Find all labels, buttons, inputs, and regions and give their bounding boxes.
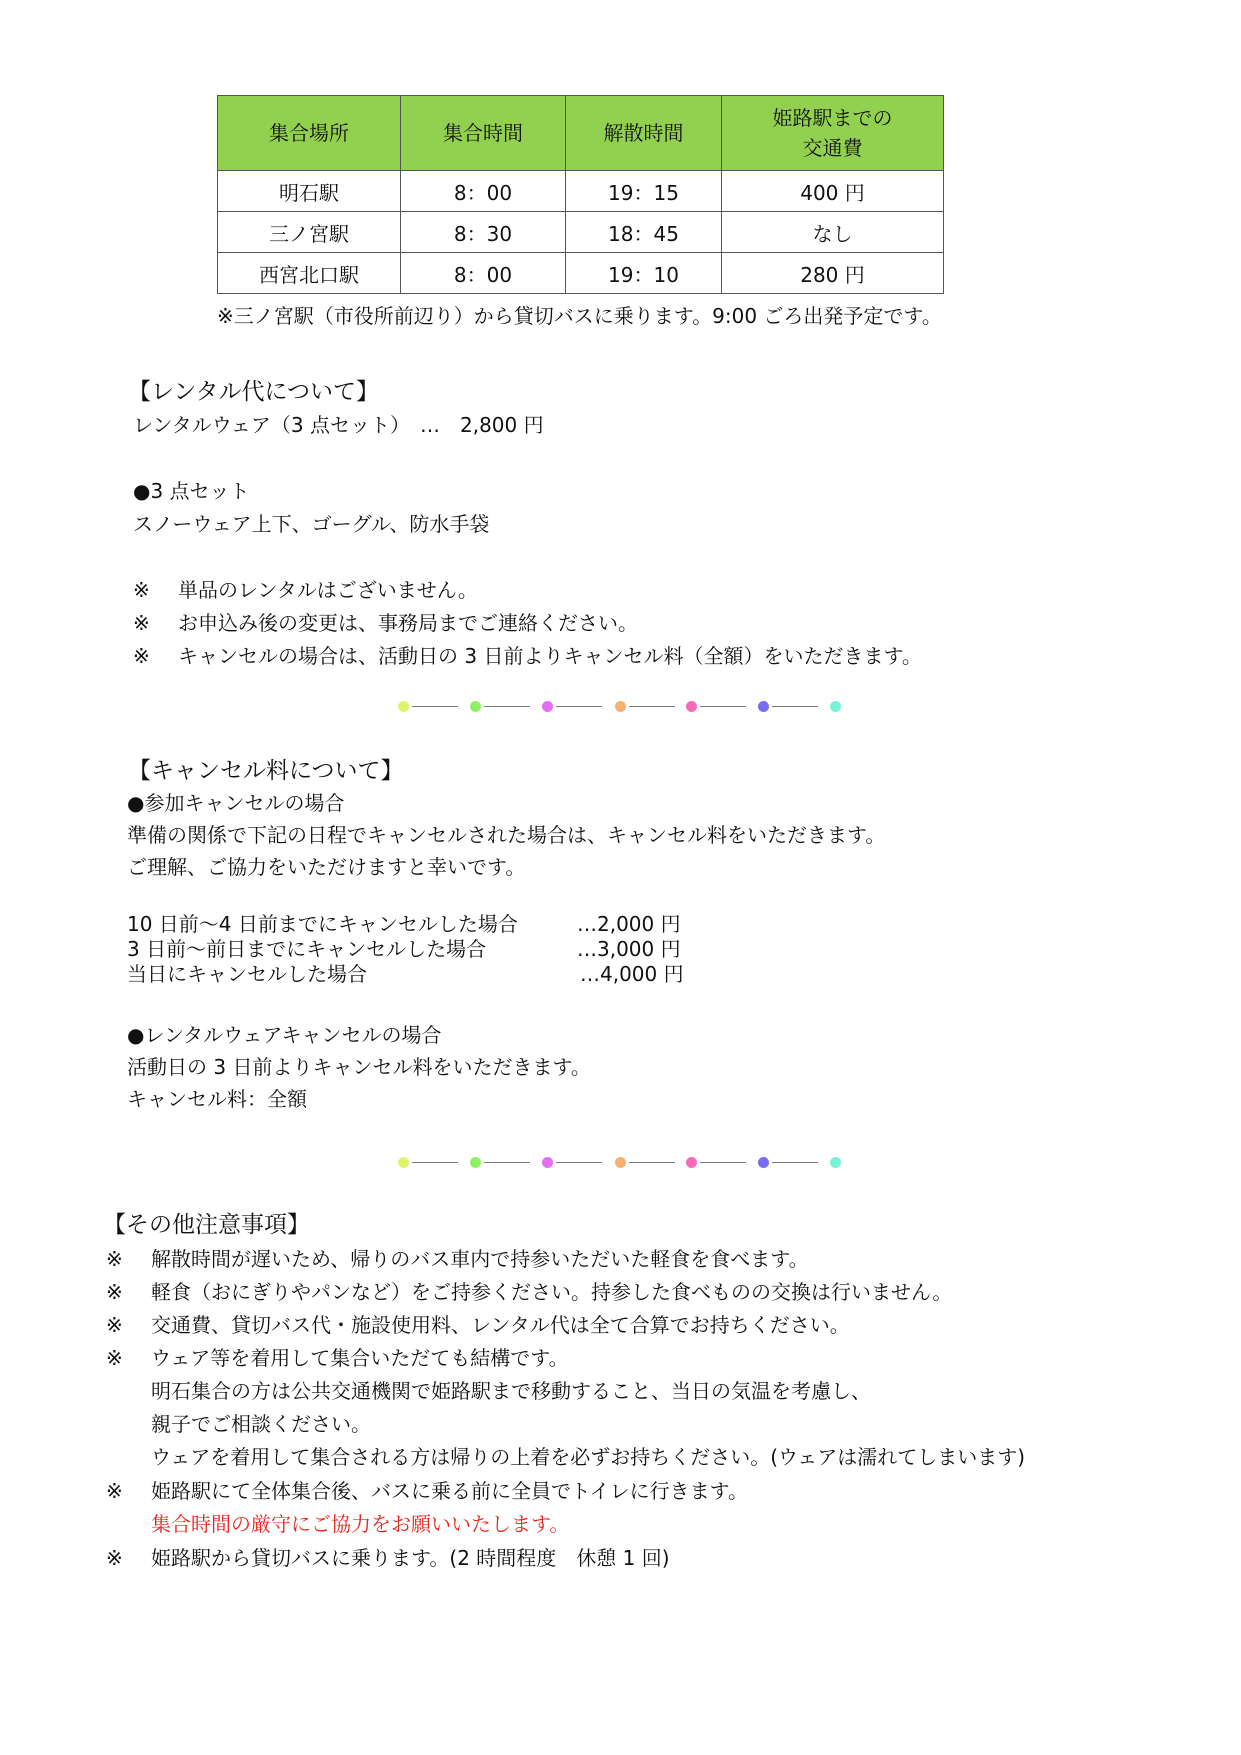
- cell-dismiss-time: 19：15: [566, 171, 722, 212]
- cell-place: 明石駅: [218, 171, 401, 212]
- schedule-table: 集合場所 集合時間 解散時間 姫路駅までの 交通費 明石駅 8：00 19：15…: [217, 95, 944, 294]
- divider-line: [629, 706, 675, 707]
- dotted-divider: [398, 1155, 838, 1169]
- header-dismissal-time: 解散時間: [566, 96, 722, 171]
- rental-price-line: レンタルウェア（3 点セット） … 2,800 円: [133, 413, 544, 437]
- divider-dot: [615, 1157, 626, 1168]
- divider-dot: [470, 1157, 481, 1168]
- cancel-fee-label: 当日にキャンセルした場合: [127, 962, 367, 986]
- note-mark: ※: [106, 1247, 151, 1271]
- cancel-heading: 【キャンセル料について】: [128, 757, 404, 785]
- cell-meet-time: 8：30: [401, 212, 566, 253]
- divider-dot: [830, 701, 841, 712]
- divider-line: [412, 1162, 458, 1163]
- rental-set-title: ●3 点セット: [133, 479, 250, 503]
- note-mark: ※: [106, 1280, 151, 1304]
- bus-note: ※姫路駅から貸切バスに乗ります。(2 時間程度 休憩 1 回): [106, 1546, 670, 1570]
- header-fare-line-1: 姫路駅までの: [722, 103, 943, 133]
- note-mark: ※: [106, 1479, 151, 1503]
- note-text: お申込み後の変更は、事務局までご連絡ください。: [178, 611, 638, 635]
- rental-note: ※お申込み後の変更は、事務局までご連絡ください。: [133, 611, 638, 635]
- divider-dot: [615, 701, 626, 712]
- header-fare-line-2: 交通費: [722, 133, 943, 163]
- cell-fare: 400 円: [722, 171, 944, 212]
- note-text: ウェア等を着用して集合いただても結構です。: [151, 1346, 569, 1370]
- divider-dot: [398, 701, 409, 712]
- rental-cancel-text: 活動日の 3 日前よりキャンセル料をいただきます。: [127, 1055, 591, 1079]
- divider-line: [484, 706, 530, 707]
- divider-dot: [830, 1157, 841, 1168]
- note-text: 姫路駅にて全体集合後、バスに乗る前に全員でトイレに行きます。: [151, 1479, 748, 1503]
- divider-dot: [686, 701, 697, 712]
- other-note-continuation: 明石集合の方は公共交通機関で姫路駅まで移動すること、当日の気温を考慮し、: [151, 1379, 871, 1403]
- divider-line: [700, 1162, 746, 1163]
- cell-place: 三ノ宮駅: [218, 212, 401, 253]
- table-row: 明石駅 8：00 19：15 400 円: [218, 171, 944, 212]
- rental-set-items: スノーウェア上下、ゴーグル、防水手袋: [133, 512, 489, 536]
- punctuality-notice: 集合時間の厳守にご協力をお願いいたします。: [151, 1512, 569, 1536]
- other-note: ※ウェア等を着用して集合いただても結構です。: [106, 1346, 569, 1370]
- toilet-note: ※姫路駅にて全体集合後、バスに乗る前に全員でトイレに行きます。: [106, 1479, 748, 1503]
- cancel-fee-label: 3 日前〜前日までにキャンセルした場合: [127, 937, 486, 961]
- cell-fare: なし: [722, 212, 944, 253]
- note-text: 単品のレンタルはございません。: [178, 578, 478, 602]
- note-text: 交通費、貸切バス代・施設使用料、レンタル代は全て合算でお持ちください。: [151, 1313, 850, 1337]
- divider-dot: [758, 1157, 769, 1168]
- table-header-row: 集合場所 集合時間 解散時間 姫路駅までの 交通費: [218, 96, 944, 171]
- cancel-fee-amount: …4,000 円: [580, 962, 684, 986]
- cell-meet-time: 8：00: [401, 253, 566, 294]
- note-mark: ※: [106, 1546, 151, 1570]
- divider-line: [556, 706, 602, 707]
- note-mark: ※: [133, 578, 178, 602]
- cell-fare: 280 円: [722, 253, 944, 294]
- participation-cancel-text: ご理解、ご協力をいただけますと幸いです。: [127, 855, 525, 879]
- other-note: ※解散時間が遅いため、帰りのバス車内で持参いただいた軽食を食べます。: [106, 1247, 809, 1271]
- note-mark: ※: [106, 1346, 151, 1370]
- divider-dot: [398, 1157, 409, 1168]
- table-row: 西宮北口駅 8：00 19：10 280 円: [218, 253, 944, 294]
- header-meeting-time: 集合時間: [401, 96, 566, 171]
- other-note: ※交通費、貸切バス代・施設使用料、レンタル代は全て合算でお持ちください。: [106, 1313, 850, 1337]
- rental-cancel-fee: キャンセル料：全額: [127, 1087, 307, 1111]
- divider-line: [629, 1162, 675, 1163]
- rental-cancel-title: ●レンタルウェアキャンセルの場合: [127, 1023, 442, 1047]
- cancel-fee-amount: …3,000 円: [577, 937, 681, 961]
- bus-departure-note: ※三ノ宮駅（市役所前辺り）から貸切バスに乗ります。9:00 ごろ出発予定です。: [217, 304, 942, 328]
- other-note-continuation: ウェアを着用して集合される方は帰りの上着を必ずお持ちください。(ウェアは濡れてし…: [151, 1445, 1025, 1469]
- divider-line: [484, 1162, 530, 1163]
- divider-line: [556, 1162, 602, 1163]
- cancel-fee-amount: …2,000 円: [577, 912, 681, 936]
- rental-heading: 【レンタル代について】: [128, 378, 379, 406]
- cell-meet-time: 8：00: [401, 171, 566, 212]
- note-text: 軽食（おにぎりやパンなど）をご持参ください。持参した食べものの交換は行いません。: [151, 1280, 952, 1304]
- note-mark: ※: [133, 611, 178, 635]
- cancel-fee-label: 10 日前〜4 日前までにキャンセルした場合: [127, 912, 518, 936]
- divider-line: [772, 706, 818, 707]
- header-fare: 姫路駅までの 交通費: [722, 96, 944, 171]
- divider-line: [412, 706, 458, 707]
- note-text: 姫路駅から貸切バスに乗ります。(2 時間程度 休憩 1 回): [151, 1546, 670, 1570]
- rental-note: ※単品のレンタルはございません。: [133, 578, 478, 602]
- cell-place: 西宮北口駅: [218, 253, 401, 294]
- dotted-divider: [398, 699, 838, 713]
- divider-line: [700, 706, 746, 707]
- header-meeting-place: 集合場所: [218, 96, 401, 171]
- rental-note: ※キャンセルの場合は、活動日の 3 日前よりキャンセル料（全額）をいただきます。: [133, 644, 922, 668]
- other-note-continuation: 親子でご相談ください。: [151, 1412, 371, 1436]
- divider-dot: [542, 701, 553, 712]
- participation-cancel-text: 準備の関係で下記の日程でキャンセルされた場合は、キャンセル料をいただきます。: [127, 823, 885, 847]
- divider-dot: [758, 701, 769, 712]
- other-note: ※軽食（おにぎりやパンなど）をご持参ください。持参した食べものの交換は行いません…: [106, 1280, 952, 1304]
- table-row: 三ノ宮駅 8：30 18：45 なし: [218, 212, 944, 253]
- other-notes-heading: 【その他注意事項】: [103, 1211, 310, 1239]
- note-mark: ※: [106, 1313, 151, 1337]
- note-mark: ※: [133, 644, 178, 668]
- divider-line: [772, 1162, 818, 1163]
- participation-cancel-title: ●参加キャンセルの場合: [127, 791, 344, 815]
- divider-dot: [542, 1157, 553, 1168]
- divider-dot: [470, 701, 481, 712]
- cell-dismiss-time: 18：45: [566, 212, 722, 253]
- note-text: 解散時間が遅いため、帰りのバス車内で持参いただいた軽食を食べます。: [151, 1247, 809, 1271]
- cell-dismiss-time: 19：10: [566, 253, 722, 294]
- note-text: キャンセルの場合は、活動日の 3 日前よりキャンセル料（全額）をいただきます。: [178, 644, 922, 668]
- divider-dot: [686, 1157, 697, 1168]
